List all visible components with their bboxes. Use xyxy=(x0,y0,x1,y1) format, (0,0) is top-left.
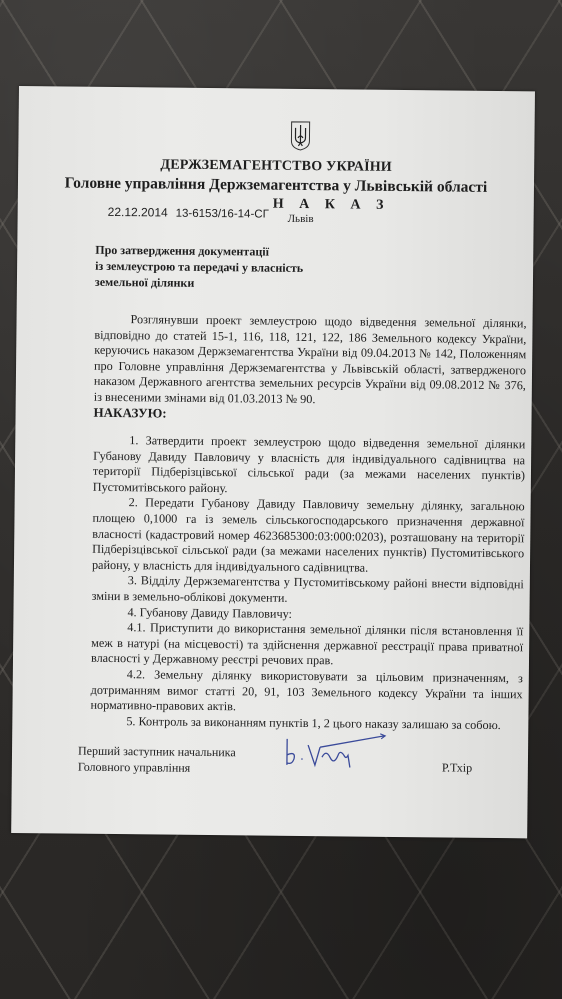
registration-number: 13-6153/16-14-СГ xyxy=(176,208,269,221)
clause-4-1: 4.1. Приступити до використання земельно… xyxy=(91,620,523,671)
signatory-role-line: Перший заступник начальника xyxy=(78,744,236,761)
order-date: 22.12.2014 xyxy=(108,205,168,220)
coat-of-arms-icon xyxy=(290,121,310,151)
order-clauses: 1. Затвердити проект землеустрою щодо ві… xyxy=(90,433,525,734)
subject-line: земельної ділянки xyxy=(95,274,303,292)
department-name: Головне управління Держземагентства у Ль… xyxy=(18,174,534,197)
orders-heading: НАКАЗУЮ: xyxy=(93,405,166,422)
clause-2: 2. Передати Губанову Давиду Павловичу зе… xyxy=(92,495,525,577)
signatory-name: Р.Тхір xyxy=(442,760,472,775)
clause-3: 3. Відділу Держземагентства у Пустомитів… xyxy=(92,573,524,609)
preamble-text: Розглянувши проект землеустрою щодо відв… xyxy=(94,312,527,410)
clause-1: 1. Затвердити проект землеустрою щодо ві… xyxy=(93,433,526,500)
document-type-title: Н А К А З xyxy=(273,197,390,214)
document-page: ДЕРЖЗЕМАГЕНТСТВО УКРАЇНИ Головне управлі… xyxy=(11,86,535,838)
signatory-role-line: Головного управління xyxy=(78,759,236,776)
city-name: Львів xyxy=(288,213,314,225)
clause-4-2: 4.2. Земельну ділянку використовувати за… xyxy=(90,667,522,718)
order-subject: Про затвердження документації із землеус… xyxy=(95,242,304,292)
handwritten-signature-icon xyxy=(282,729,392,776)
preamble: Розглянувши проект землеустрою щодо відв… xyxy=(94,312,527,410)
signatory-role: Перший заступник начальника Головного уп… xyxy=(78,744,236,777)
